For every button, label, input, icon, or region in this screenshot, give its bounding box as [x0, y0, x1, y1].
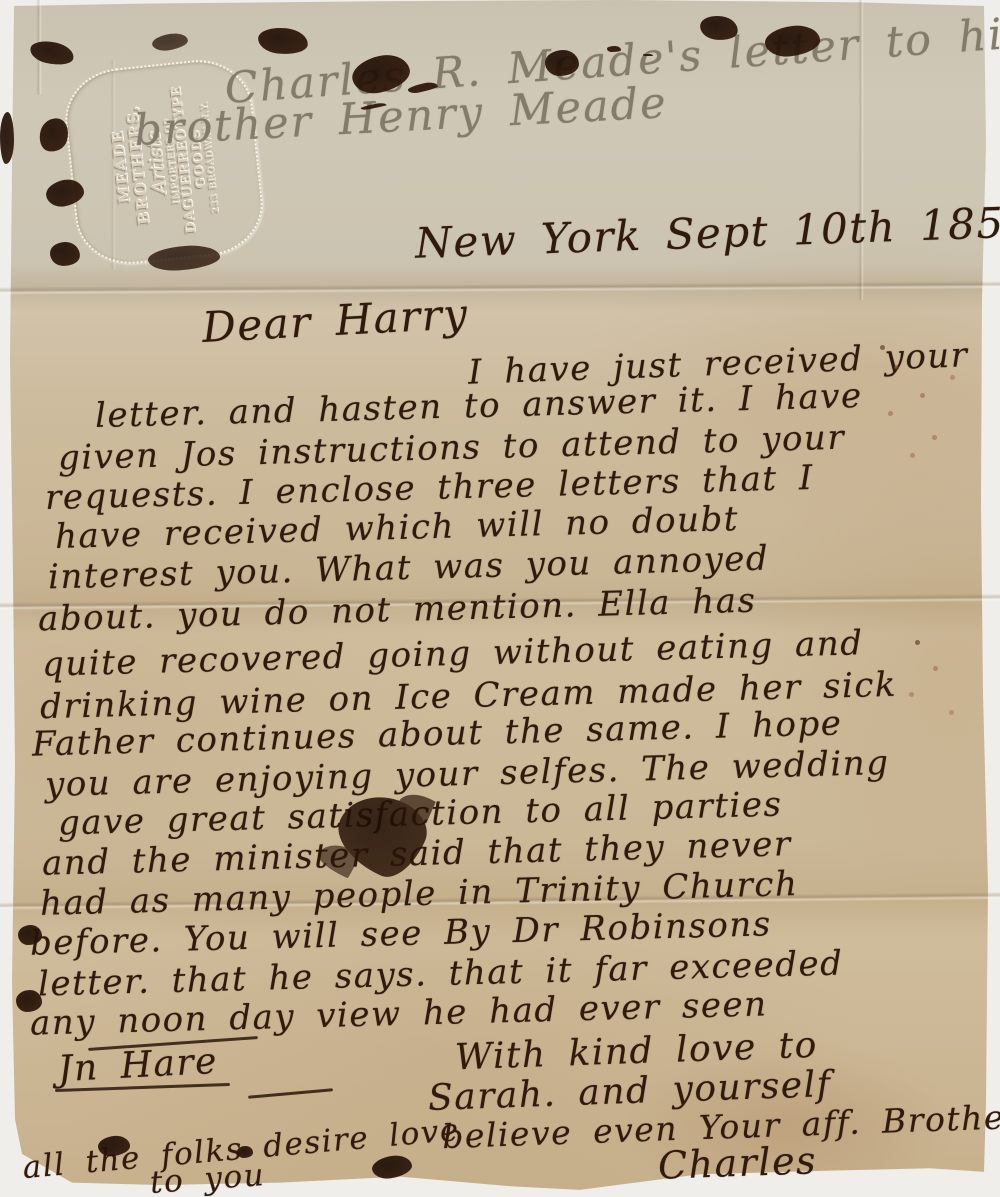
embossed-stamp-text: MEADE BROTHERS, Artists IMPORTERS OF DAG… [104, 69, 225, 255]
ink-blot [545, 50, 579, 76]
scanned-letter-image: MEADE BROTHERS, Artists IMPORTERS OF DAG… [0, 0, 1000, 1197]
marginalia-note: to you [149, 1160, 266, 1197]
ink-blot [16, 990, 42, 1012]
ink-blot [0, 112, 14, 164]
rust-speckles [915, 640, 920, 645]
ink-blot [237, 1146, 253, 1158]
ink-blot [18, 925, 42, 945]
marginalia-note: Jn Hare [57, 1044, 219, 1088]
signature: Charles [657, 1141, 817, 1185]
rust-speckles [880, 345, 885, 350]
